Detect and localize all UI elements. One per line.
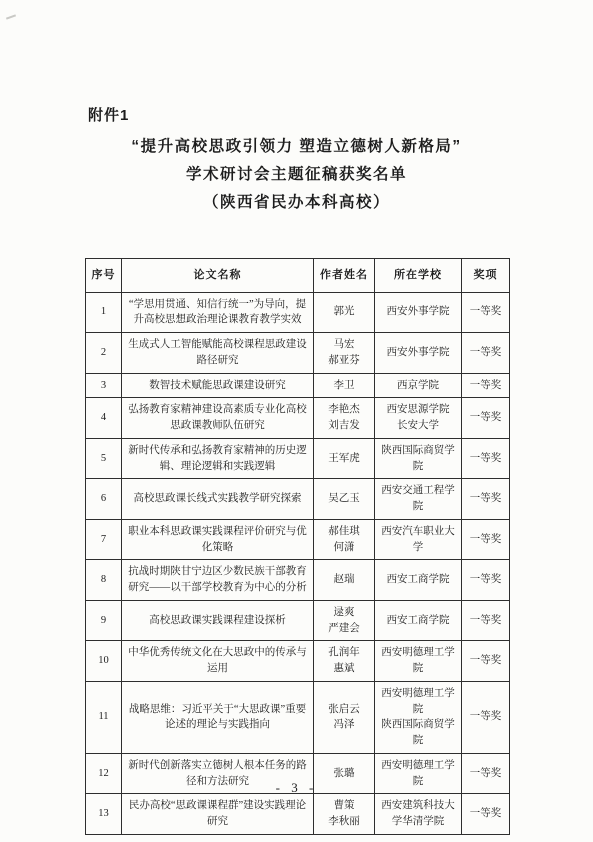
table-row: 11战略思维：习近平关于“大思政课”重要论述的理论与实践指向张启云 冯泽西安明德… <box>86 681 510 753</box>
table-row: 2生成式人工智能赋能高校课程思政建设路径研究马宏 郝亚芬西安外事学院一等奖 <box>86 333 510 374</box>
table-body: 1“学思用贯通、知信行统一”为导向，提升高校思想政治理论课教育教学实效郭光西安外… <box>86 292 510 834</box>
row-paper-title: 高校思政课实践课程建设探析 <box>122 600 314 641</box>
row-paper-title: 弘扬教育家精神建设高素质专业化高校思政课教师队伍研究 <box>122 398 314 439</box>
header-award: 奖项 <box>462 259 510 293</box>
awards-table: 序号 论文名称 作者姓名 所在学校 奖项 1“学思用贯通、知信行统一”为导向，提… <box>85 258 510 835</box>
row-serial-number: 8 <box>86 560 122 601</box>
row-serial-number: 10 <box>86 641 122 682</box>
row-paper-title: 数智技术赋能思政课建设研究 <box>122 373 314 398</box>
row-paper-title: 战略思维：习近平关于“大思政课”重要论述的理论与实践指向 <box>122 681 314 753</box>
row-paper-title: “学思用贯通、知信行统一”为导向，提升高校思想政治理论课教育教学实效 <box>122 292 314 333</box>
title-line-1: “提升高校思政引领力 塑造立德树人新格局” <box>0 133 593 161</box>
row-author-names: 马宏 郝亚芬 <box>314 333 375 374</box>
row-serial-number: 7 <box>86 519 122 560</box>
row-award: 一等奖 <box>462 560 510 601</box>
table-row: 7职业本科思政课实践课程评价研究与优化策略郝佳琪 何潇西安汽车职业大学一等奖 <box>86 519 510 560</box>
row-school-names: 西安明德理工学院 <box>375 641 462 682</box>
row-paper-title: 职业本科思政课实践课程评价研究与优化策略 <box>122 519 314 560</box>
title-line-2: 学术研讨会主题征稿获奖名单 <box>0 161 593 189</box>
row-paper-title: 生成式人工智能赋能高校课程思政建设路径研究 <box>122 333 314 374</box>
row-serial-number: 11 <box>86 681 122 753</box>
row-serial-number: 2 <box>86 333 122 374</box>
row-serial-number: 13 <box>86 794 122 835</box>
row-school-names: 西安外事学院 <box>375 292 462 333</box>
row-school-names: 西安汽车职业大学 <box>375 519 462 560</box>
table-row: 4弘扬教育家精神建设高素质专业化高校思政课教师队伍研究李艳杰 刘吉发西安思源学院… <box>86 398 510 439</box>
row-author-names: 李卫 <box>314 373 375 398</box>
row-award: 一等奖 <box>462 641 510 682</box>
row-author-names: 赵瑞 <box>314 560 375 601</box>
row-school-names: 西安外事学院 <box>375 333 462 374</box>
row-author-names: 张启云 冯泽 <box>314 681 375 753</box>
table-header-row: 序号 论文名称 作者姓名 所在学校 奖项 <box>86 259 510 293</box>
table-row: 3数智技术赋能思政课建设研究李卫西京学院一等奖 <box>86 373 510 398</box>
row-author-names: 郭光 <box>314 292 375 333</box>
row-award: 一等奖 <box>462 438 510 479</box>
row-award: 一等奖 <box>462 398 510 439</box>
table-row: 10中华优秀传统文化在大思政中的传承与运用孔润年 惠斌西安明德理工学院一等奖 <box>86 641 510 682</box>
row-author-names: 王军虎 <box>314 438 375 479</box>
row-author-names: 李艳杰 刘吉发 <box>314 398 375 439</box>
row-paper-title: 民办高校“思政课课程群”建设实践理论研究 <box>122 794 314 835</box>
row-award: 一等奖 <box>462 373 510 398</box>
row-award: 一等奖 <box>462 333 510 374</box>
row-serial-number: 3 <box>86 373 122 398</box>
attachment-label: 附件1 <box>88 104 129 125</box>
row-serial-number: 4 <box>86 398 122 439</box>
row-serial-number: 5 <box>86 438 122 479</box>
row-paper-title: 中华优秀传统文化在大思政中的传承与运用 <box>122 641 314 682</box>
table-row: 1“学思用贯通、知信行统一”为导向，提升高校思想政治理论课教育教学实效郭光西安外… <box>86 292 510 333</box>
row-paper-title: 新时代传承和弘扬教育家精神的历史逻辑、理论逻辑和实践逻辑 <box>122 438 314 479</box>
row-author-names: 孔润年 惠斌 <box>314 641 375 682</box>
header-serial-number: 序号 <box>86 259 122 293</box>
table-row: 13民办高校“思政课课程群”建设实践理论研究曹策 李秋丽西安建筑科技大学华清学院… <box>86 794 510 835</box>
row-award: 一等奖 <box>462 292 510 333</box>
row-award: 一等奖 <box>462 519 510 560</box>
row-school-names: 西安工商学院 <box>375 600 462 641</box>
row-serial-number: 9 <box>86 600 122 641</box>
table-row: 5新时代传承和弘扬教育家精神的历史逻辑、理论逻辑和实践逻辑王军虎陕西国际商贸学院… <box>86 438 510 479</box>
header-school: 所在学校 <box>375 259 462 293</box>
row-author-names: 郝佳琪 何潇 <box>314 519 375 560</box>
row-paper-title: 抗战时期陕甘宁边区少数民族干部教育研究——以干部学校教育为中心的分析 <box>122 560 314 601</box>
row-author-names: 吴乙玉 <box>314 479 375 520</box>
row-author-names: 逯爽 严建会 <box>314 600 375 641</box>
row-school-names: 西安思源学院 长安大学 <box>375 398 462 439</box>
page-number: - 3 - <box>0 780 593 796</box>
row-school-names: 陕西国际商贸学院 <box>375 438 462 479</box>
document-title: “提升高校思政引领力 塑造立德树人新格局” 学术研讨会主题征稿获奖名单 （陕西省… <box>0 133 593 217</box>
table-row: 9高校思政课实践课程建设探析逯爽 严建会西安工商学院一等奖 <box>86 600 510 641</box>
row-school-names: 西安交通工程学院 <box>375 479 462 520</box>
row-author-names: 曹策 李秋丽 <box>314 794 375 835</box>
title-line-3: （陕西省民办本科高校） <box>0 189 593 217</box>
row-serial-number: 6 <box>86 479 122 520</box>
document-page: 附件1 “提升高校思政引领力 塑造立德树人新格局” 学术研讨会主题征稿获奖名单 … <box>0 0 593 842</box>
row-serial-number: 1 <box>86 292 122 333</box>
header-author-name: 作者姓名 <box>314 259 375 293</box>
row-award: 一等奖 <box>462 479 510 520</box>
row-school-names: 西安工商学院 <box>375 560 462 601</box>
table-row: 6高校思政课长线式实践教学研究探索吴乙玉西安交通工程学院一等奖 <box>86 479 510 520</box>
row-award: 一等奖 <box>462 794 510 835</box>
row-award: 一等奖 <box>462 681 510 753</box>
scan-artifact <box>6 14 16 19</box>
header-paper-title: 论文名称 <box>122 259 314 293</box>
row-school-names: 西京学院 <box>375 373 462 398</box>
row-award: 一等奖 <box>462 600 510 641</box>
row-paper-title: 高校思政课长线式实践教学研究探索 <box>122 479 314 520</box>
row-school-names: 西安明德理工学院 陕西国际商贸学院 <box>375 681 462 753</box>
row-school-names: 西安建筑科技大学华清学院 <box>375 794 462 835</box>
table-row: 8抗战时期陕甘宁边区少数民族干部教育研究——以干部学校教育为中心的分析赵瑞西安工… <box>86 560 510 601</box>
